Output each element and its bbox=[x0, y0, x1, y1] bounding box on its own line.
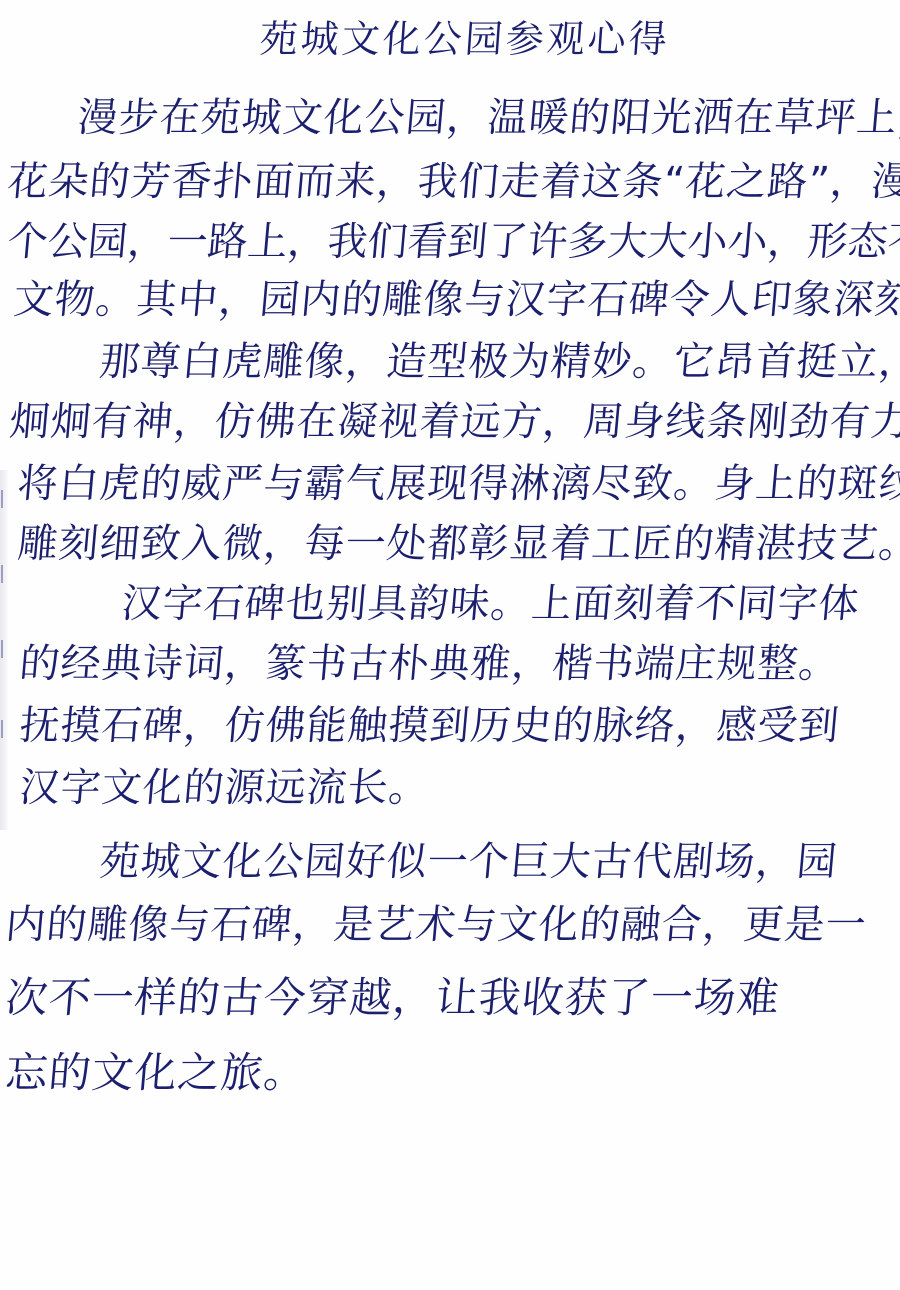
essay-line: 个公园，一路上，我们看到了许多大大小小，形态不一的古代 bbox=[6, 210, 900, 267]
essay-title: 苑城文化公园参观心得 bbox=[0, 8, 900, 63]
ink-mark bbox=[1, 565, 9, 583]
essay-line: 漫步在苑城文化公园，温暖的阳光洒在草坪上， bbox=[76, 86, 900, 143]
handwritten-page: 苑城文化公园参观心得 漫步在苑城文化公园，温暖的阳光洒在草坪上， 花朵的芳香扑面… bbox=[0, 0, 900, 1290]
essay-line: 雕刻细致入微，每一处都彰显着工匠的精湛技艺。 bbox=[16, 512, 900, 569]
essay-line: 汉字文化的源远流长。 bbox=[18, 756, 433, 813]
essay-line: 花朵的芳香扑面而来，我们走着这条“花之路”，漫步了整 bbox=[6, 150, 900, 207]
essay-line: 那尊白虎雕像，造型极为精妙。它昂首挺立，双目 bbox=[98, 330, 900, 387]
essay-line: 文物。其中，园内的雕像与汉字石碑令人印象深刻。 bbox=[12, 268, 900, 325]
essay-line: 汉字石碑也别具韵味。上面刻着不同字体 bbox=[120, 572, 863, 629]
essay-line: 苑城文化公园好似一个巨大古代剧场，园 bbox=[98, 830, 841, 887]
essay-line: 抚摸石碑，仿佛能触摸到历史的脉络，感受到 bbox=[18, 694, 843, 751]
essay-line: 将白虎的威严与霸气展现得淋漓尽致。身上的斑纹 bbox=[16, 452, 900, 509]
ink-mark bbox=[1, 490, 9, 508]
essay-line: 忘的文化之旅。 bbox=[3, 1040, 309, 1100]
essay-line: 内的雕像与石碑，是艺术与文化的融合，更是一 bbox=[4, 893, 870, 950]
essay-line: 次不一样的古今穿越，让我收获了一场难 bbox=[3, 965, 782, 1025]
adjacent-page-edge bbox=[0, 470, 9, 830]
ink-mark bbox=[1, 720, 9, 738]
essay-line: 炯炯有神，仿佛在凝视着远方，周身线条刚劲有力， bbox=[8, 390, 900, 447]
essay-line: 的经典诗词，篆书古朴典雅，楷书端庄规整。 bbox=[18, 632, 843, 689]
ink-mark bbox=[1, 640, 9, 658]
